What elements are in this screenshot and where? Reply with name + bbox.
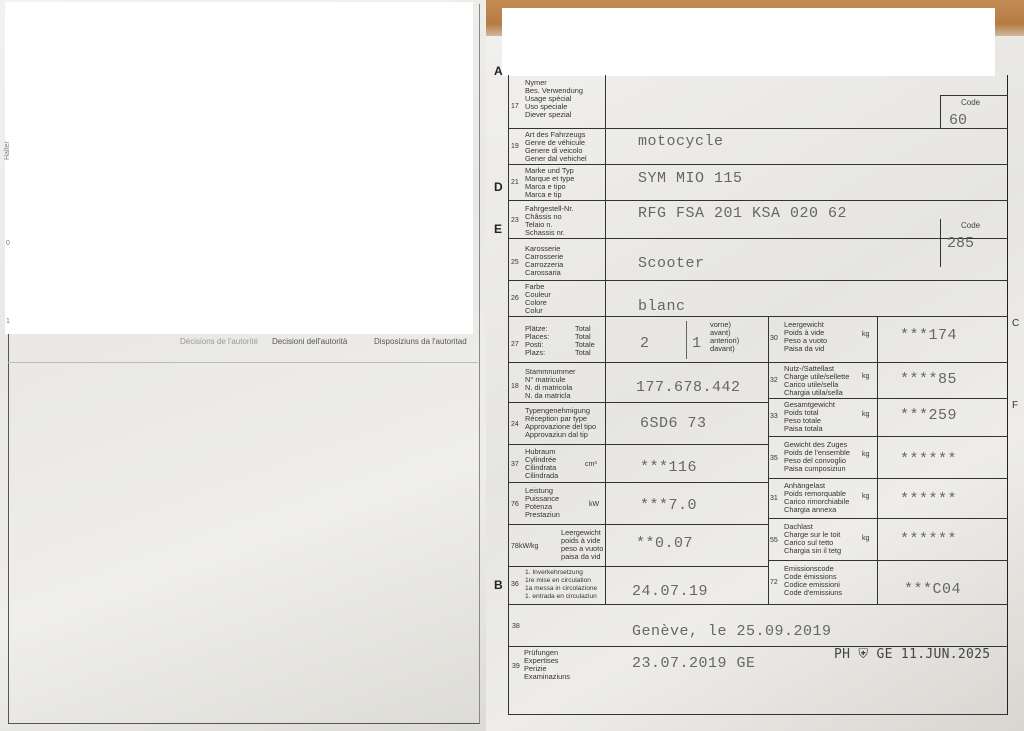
field-36-label-cell: 36 1. Inverkehrsetzung 1re mise en circu… — [508, 567, 606, 604]
margin-text-0: 0 — [6, 240, 10, 247]
field-23-number: 23 — [511, 217, 519, 224]
field-31-label: Anhängelast Poids remorquable Carico rim… — [784, 482, 849, 514]
margin-text-halter: Halter — [4, 141, 11, 160]
field-35-value: ****** — [900, 451, 957, 468]
field-18-label: Stammnummer N° matricule N. di matricola… — [525, 368, 576, 400]
field-37-row: 37 Hubraum Cylindrée Cilindrata Cilindra… — [508, 445, 768, 483]
field-78-unit: kW/kg — [519, 543, 538, 550]
field-25-code-value: 285 — [947, 235, 974, 252]
field-76-number: 76 — [511, 501, 519, 508]
field-55-label-cell: 55 Dachlast Charge sur le toit Carico su… — [768, 519, 878, 560]
field-19-value: motocycle — [638, 133, 724, 150]
field-25-label-cell: 25 Karosserie Carrosserie Carrozzeria Ca… — [508, 239, 606, 280]
field-21-row: 21 Marke und Typ Marque et type Marca e … — [508, 165, 1008, 201]
brace — [686, 321, 687, 359]
field-21-label: Marke und Typ Marque et type Marca e tip… — [525, 167, 574, 199]
field-19-number: 19 — [511, 143, 519, 150]
field-72-row: 72 Emissionscode Code émissions Codice e… — [768, 561, 1008, 605]
field-27-number: 27 — [511, 341, 519, 348]
field-25-number: 25 — [511, 259, 519, 266]
edge-mark-c: C — [1012, 318, 1019, 329]
field-30-value: ***174 — [900, 327, 957, 344]
field-26-label-cell: 26 Farbe Couleur Colore Colur — [508, 281, 606, 316]
redacted-area-right — [502, 8, 995, 76]
field-37-label-cell: 37 Hubraum Cylindrée Cilindrata Cilindra… — [508, 445, 606, 482]
field-36-number: 36 — [511, 581, 519, 588]
field-19-code-label: Code — [961, 98, 980, 107]
field-27-front-value: 1 — [692, 335, 702, 352]
field-26-label: Farbe Couleur Colore Colur — [525, 283, 551, 315]
field-18-label-cell: 18 Stammnummer N° matricule N. di matric… — [508, 363, 606, 402]
field-25-code-label: Code — [961, 221, 980, 230]
field-36-label: 1. Inverkehrsetzung 1re mise en circulat… — [525, 569, 597, 601]
field-30-label-cell: 30 Leergewicht Poids à vide Peso a vuoto… — [768, 317, 878, 362]
field-39-value: 23.07.2019 GE — [632, 655, 756, 672]
field-78-label-cell: 78 kW/kg Leergewicht poids à vide peso a… — [508, 525, 606, 566]
field-33-label-cell: 33 Gesamtgewicht Poids total Peso totale… — [768, 399, 878, 436]
field-33-number: 33 — [770, 413, 778, 420]
field-26-number: 26 — [511, 295, 519, 302]
field-76-label-cell: 76 Leistung Puissance Potenza Prestaziun… — [508, 483, 606, 524]
field-72-label-cell: 72 Emissionscode Code émissions Codice e… — [768, 561, 878, 604]
edge-mark-f: F — [1012, 400, 1018, 411]
field-78-row: 78 kW/kg Leergewicht poids à vide peso a… — [508, 525, 768, 567]
field-35-row: 35 Gewicht des Zuges Poids de l'ensemble… — [768, 437, 1008, 479]
field-17-label-cell: 17 Nymer Bes. Verwendung Usage spécial U… — [508, 75, 606, 128]
field-33-row: 33 Gesamtgewicht Poids total Peso totale… — [768, 399, 1008, 437]
heading-decisions-rm: Disposiziuns da l'autoritad — [374, 337, 467, 346]
field-35-label: Gewicht des Zuges Poids de l'ensemble Pe… — [784, 441, 850, 473]
field-31-unit: kg — [862, 493, 869, 500]
field-27-total-value: 2 — [640, 335, 650, 352]
field-31-label-cell: 31 Anhängelast Poids remorquable Carico … — [768, 479, 878, 518]
field-27-front-label: vorne) avant) anteriori) davant) — [710, 321, 739, 353]
field-18-number: 18 — [511, 383, 519, 390]
field-18-row: 18 Stammnummer N° matricule N. di matric… — [508, 363, 768, 403]
section-letter-b: B — [494, 578, 503, 592]
field-78-label: Leergewicht poids à vide peso a vuoto pa… — [561, 529, 603, 561]
field-32-number: 32 — [770, 377, 778, 384]
field-19-code-box: Code 60 — [940, 95, 1008, 129]
field-31-value: ****** — [900, 491, 957, 508]
field-76-row: 76 Leistung Puissance Potenza Prestaziun… — [508, 483, 768, 525]
field-17-label: Nymer Bes. Verwendung Usage spécial Uso … — [525, 79, 583, 119]
heading-decisions-it: Decisioni dell'autorità — [272, 337, 347, 346]
redacted-area-left — [5, 2, 473, 334]
field-23-row: 23 Fahrgestell-Nr. Châssis no Telaio n. … — [508, 201, 1008, 239]
field-30-label: Leergewicht Poids à vide Peso a vuoto Pa… — [784, 321, 827, 353]
field-32-label: Nutz-/Sattellast Charge utile/sellette C… — [784, 365, 849, 397]
field-32-label-cell: 32 Nutz-/Sattellast Charge utile/sellett… — [768, 363, 878, 398]
field-26-row: 26 Farbe Couleur Colore Colur blanc — [508, 281, 1008, 317]
field-39-number: 39 — [512, 663, 520, 670]
field-25-row: 25 Karosserie Carrosserie Carrozzeria Ca… — [508, 239, 1008, 281]
field-24-row: 24 Typengenehmigung Réception par type A… — [508, 403, 768, 445]
field-72-number: 72 — [770, 579, 778, 586]
field-27-label-cell: 27 Plätze: Places: Posti: Plazs: Total T… — [508, 317, 606, 362]
field-78-value: **0.07 — [636, 535, 693, 552]
field-36-value: 24.07.19 — [632, 583, 708, 600]
field-78-number: 78 — [511, 543, 519, 550]
field-76-value: ***7.0 — [640, 497, 697, 514]
field-25-code-box: Code 285 — [940, 219, 1008, 267]
field-55-number: 55 — [770, 537, 778, 544]
field-38-number: 38 — [512, 623, 520, 630]
field-37-value: ***116 — [640, 459, 697, 476]
field-33-value: ***259 — [900, 407, 957, 424]
field-18-value: 177.678.442 — [636, 379, 741, 396]
field-32-row: 32 Nutz-/Sattellast Charge utile/sellett… — [768, 363, 1008, 399]
field-19-code-value: 60 — [949, 112, 967, 129]
field-30-unit: kg — [862, 331, 869, 338]
field-76-unit: kW — [589, 501, 599, 508]
field-27-total-label: Total Total Totale Total — [575, 325, 595, 357]
field-38-row: 38 Genève, le 25.09.2019 — [508, 605, 1008, 647]
field-35-number: 35 — [770, 455, 778, 462]
field-36-row: 36 1. Inverkehrsetzung 1re mise en circu… — [508, 567, 768, 605]
field-21-value: SYM MIO 115 — [638, 170, 743, 187]
field-24-label-cell: 24 Typengenehmigung Réception par type A… — [508, 403, 606, 444]
field-39-label: Prüfungen Expertises Perizie Examinaziun… — [524, 649, 570, 681]
field-23-label: Fahrgestell-Nr. Châssis no Telaio n. Sch… — [525, 205, 573, 237]
field-39-row: 39 Prüfungen Expertises Perizie Examinaz… — [508, 647, 1008, 715]
divider — [8, 362, 478, 363]
field-38-value: Genève, le 25.09.2019 — [632, 623, 832, 640]
field-30-row: 30 Leergewicht Poids à vide Peso a vuoto… — [768, 317, 1008, 363]
field-23-label-cell: 23 Fahrgestell-Nr. Châssis no Telaio n. … — [508, 201, 606, 238]
section-letter-e: E — [494, 222, 502, 236]
field-31-number: 31 — [770, 495, 778, 502]
field-24-value: 6SD6 73 — [640, 415, 707, 432]
field-25-label: Karosserie Carrosserie Carrozzeria Caros… — [525, 245, 563, 277]
field-17-number: 17 — [511, 103, 519, 110]
field-19-row: 19 Art des Fahrzeugs Genre de véhicule G… — [508, 129, 1008, 165]
field-37-unit: cm³ — [585, 461, 597, 468]
field-33-unit: kg — [862, 411, 869, 418]
field-76-label: Leistung Puissance Potenza Prestaziun — [525, 487, 560, 519]
field-23-value: RFG FSA 201 KSA 020 62 — [638, 205, 847, 222]
field-31-row: 31 Anhängelast Poids remorquable Carico … — [768, 479, 1008, 519]
margin-text-1: 1 — [6, 318, 10, 325]
field-24-label: Typengenehmigung Réception par type Appr… — [525, 407, 596, 439]
field-27-row: 27 Plätze: Places: Posti: Plazs: Total T… — [508, 317, 768, 363]
field-32-unit: kg — [862, 373, 869, 380]
field-17-row: 17 Nymer Bes. Verwendung Usage spécial U… — [508, 75, 1008, 129]
field-72-value: ***C04 — [904, 581, 961, 598]
heading-decisions-fr: Décisions de l'autorité — [180, 337, 258, 346]
field-30-number: 30 — [770, 335, 778, 342]
field-19-label: Art des Fahrzeugs Genre de véhicule Gene… — [525, 131, 587, 163]
field-35-unit: kg — [862, 451, 869, 458]
inspection-stamp: PH ⛨ GE 11.JUN.2025 — [834, 647, 990, 662]
field-32-value: ****85 — [900, 371, 957, 388]
field-25-value: Scooter — [638, 255, 705, 272]
field-55-row: 55 Dachlast Charge sur le toit Carico su… — [768, 519, 1008, 561]
field-55-unit: kg — [862, 535, 869, 542]
field-55-label: Dachlast Charge sur le toit Carico sul t… — [784, 523, 841, 555]
field-35-label-cell: 35 Gewicht des Zuges Poids de l'ensemble… — [768, 437, 878, 478]
field-19-label-cell: 19 Art des Fahrzeugs Genre de véhicule G… — [508, 129, 606, 164]
field-37-label: Hubraum Cylindrée Cilindrata Cilindrada — [525, 448, 558, 480]
field-37-number: 37 — [511, 461, 519, 468]
field-33-label: Gesamtgewicht Poids total Peso totale Pa… — [784, 401, 835, 433]
left-frame-line — [508, 605, 509, 715]
section-letter-d: D — [494, 180, 503, 194]
field-24-number: 24 — [511, 421, 519, 428]
field-27-label: Plätze: Places: Posti: Plazs: — [525, 325, 549, 357]
field-72-label: Emissionscode Code émissions Codice emis… — [784, 565, 842, 597]
field-21-label-cell: 21 Marke und Typ Marque et type Marca e … — [508, 165, 606, 200]
field-26-value: blanc — [638, 298, 686, 315]
field-21-number: 21 — [511, 179, 519, 186]
section-letter-a: A — [494, 64, 503, 78]
field-55-value: ****** — [900, 531, 957, 548]
